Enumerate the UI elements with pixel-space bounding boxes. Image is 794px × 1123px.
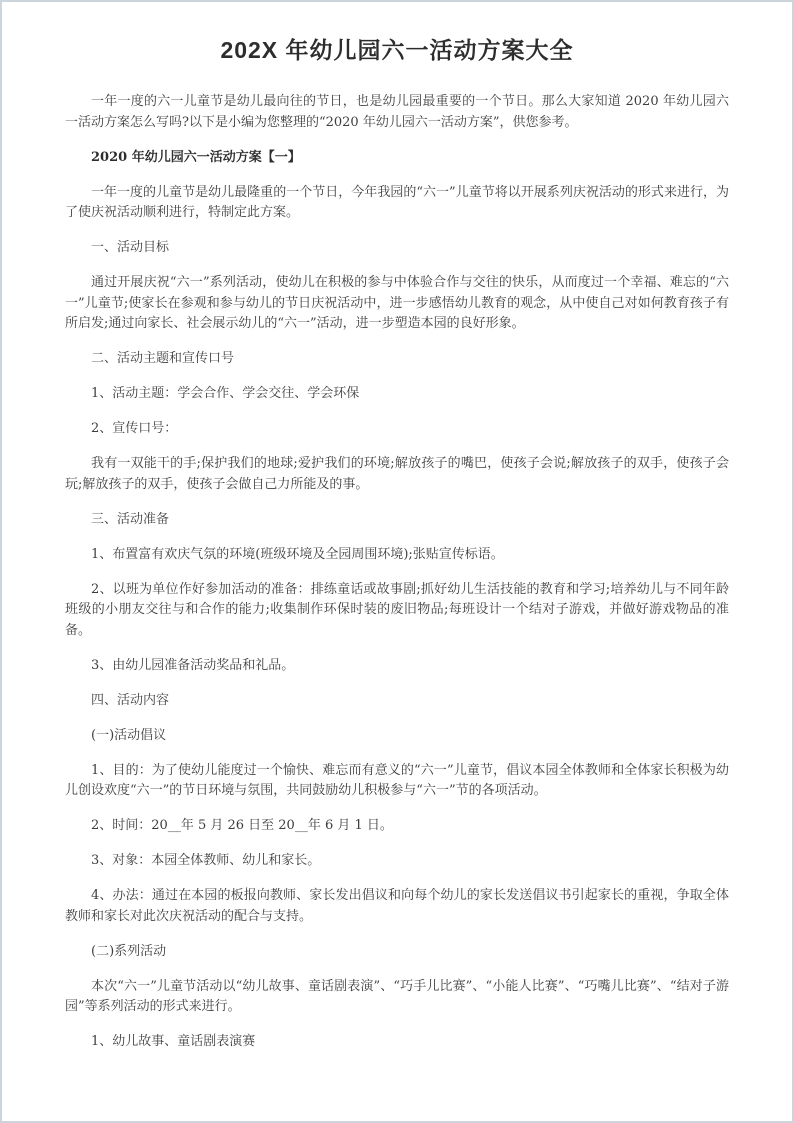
- paragraph-overview: 一年一度的儿童节是幼儿最隆重的一个节日，今年我园的“六一”儿童节将以开展系列庆祝…: [65, 183, 729, 224]
- paragraph-prep-2: 2、以班为单位作好参加活动的准备：排练童话或故事剧;抓好幼儿生活技能的教育和学习…: [65, 580, 729, 642]
- paragraph-target: 3、对象：本园全体教师、幼儿和家长。: [65, 851, 729, 872]
- document-page: { "doc": { "title": "202X 年幼儿园六一活动方案大全",…: [0, 0, 794, 1123]
- section-heading-plan-one: 2020 年幼儿园六一活动方案【一】: [65, 148, 729, 169]
- paragraph-slogan-detail: 我有一双能干的手;保护我们的地球;爱护我们的环境;解放孩子的嘴巴，使孩子会说;解…: [65, 454, 729, 495]
- paragraph-purpose: 1、目的：为了使幼儿能度过一个愉快、难忘而有意义的“六一”儿童节，倡议本园全体教…: [65, 761, 729, 802]
- paragraph-series-detail: 本次“六一”儿童节活动以“幼儿故事、童话剧表演”、“巧手儿比赛”、“小能人比赛”…: [65, 977, 729, 1018]
- document-title: 202X 年幼儿园六一活动方案大全: [65, 32, 729, 65]
- paragraph-prep-3: 3、由幼儿园准备活动奖品和礼品。: [65, 656, 729, 677]
- subhead-preparation: 三、活动准备: [65, 510, 729, 531]
- intro-paragraph: 一年一度的六一儿童节是幼儿最向往的节日，也是幼儿园最重要的一个节日。那么大家知道…: [65, 92, 729, 133]
- paragraph-story-contest: 1、幼儿故事、童话剧表演赛: [65, 1032, 729, 1053]
- paragraph-goal-detail: 通过开展庆祝“六一”系列活动，使幼儿在积极的参与中体验合作与交往的快乐，从而度过…: [65, 273, 729, 335]
- paragraph-theme: 1、活动主题：学会合作、学会交往、学会环保: [65, 384, 729, 405]
- subhead-initiative: (一)活动倡议: [65, 726, 729, 747]
- subhead-activity-goal: 一、活动目标: [65, 238, 729, 259]
- subhead-activity-content: 四、活动内容: [65, 691, 729, 712]
- paragraph-time: 2、时间：20__年 5 月 26 日至 20__年 6 月 1 日。: [65, 816, 729, 837]
- paragraph-prep-1: 1、布置富有欢庆气氛的环境(班级环境及全园周围环境);张贴宣传标语。: [65, 545, 729, 566]
- paragraph-slogan-label: 2、宣传口号：: [65, 419, 729, 440]
- paragraph-method: 4、办法：通过在本园的板报向教师、家长发出倡议和向每个幼儿的家长发送倡议书引起家…: [65, 886, 729, 927]
- subhead-series-activities: (二)系列活动: [65, 942, 729, 963]
- page-body: 202X 年幼儿园六一活动方案大全 一年一度的六一儿童节是幼儿最向往的节日，也是…: [2, 2, 792, 1121]
- subhead-theme-slogan: 二、活动主题和宣传口号: [65, 349, 729, 370]
